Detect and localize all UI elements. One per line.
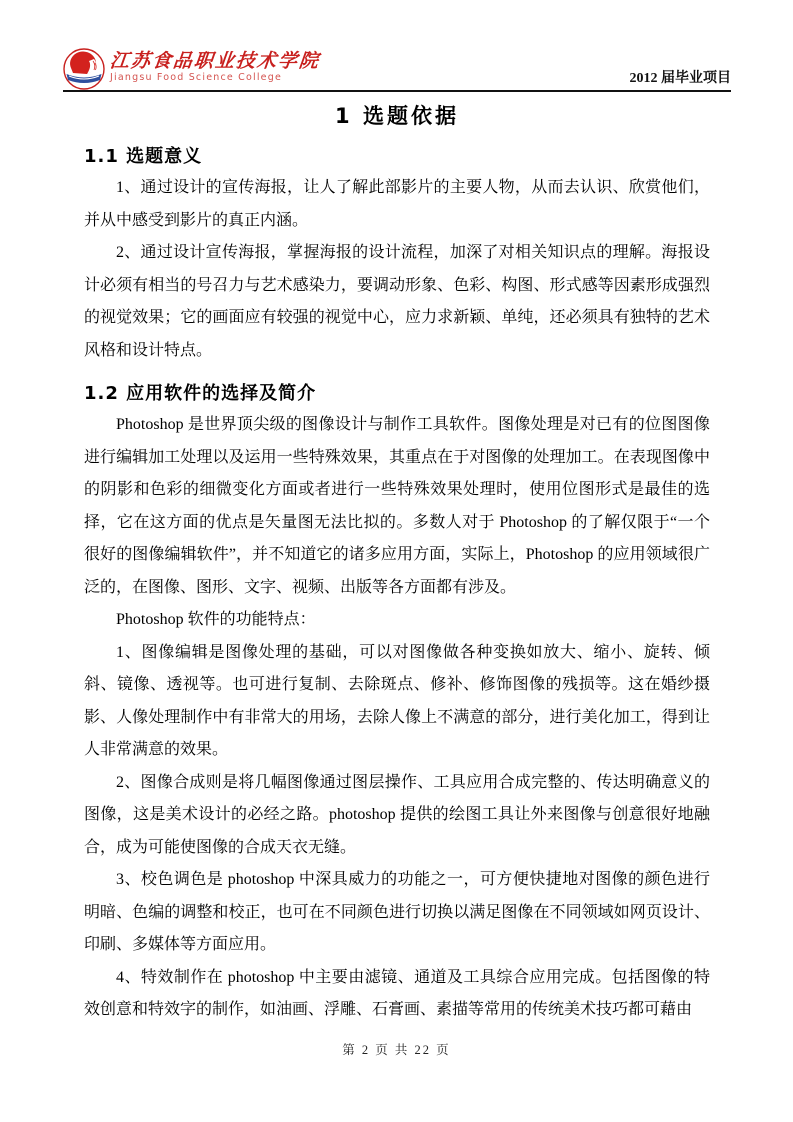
college-logo-text: 江苏食品职业技术学院 Jiangsu Food Science College [110,48,320,84]
paragraph: 2、图像合成则是将几幅图像通过图层操作、工具应用合成完整的、传达明确意义的图像，… [84,767,710,865]
page-number: 第 2 页 共 22 页 [342,1043,450,1057]
section-heading-1-1: 1.1 选题意义 [84,142,710,168]
college-name-calligraphy: 江苏食品职业技术学院 [109,51,321,72]
document-content: 1 选题依据 1.1 选题意义 1、通过设计的宣传海报，让人了解此部影片的主要人… [84,94,710,1027]
header-divider [63,90,731,92]
paragraph: Photoshop 是世界顶尖级的图像设计与制作工具软件。图像处理是对已有的位图… [84,409,710,604]
document-page: 江苏食品职业技术学院 Jiangsu Food Science College … [0,0,793,1122]
paragraph: 4、特效制作在 photoshop 中主要由滤镜、通道及工具综合应用完成。包括图… [84,962,710,1027]
paragraph: Photoshop 软件的功能特点： [84,604,710,637]
section-heading-1-2: 1.2 应用软件的选择及简介 [84,379,710,405]
paragraph: 2、通过设计宣传海报，掌握海报的设计流程，加深了对相关知识点的理解。海报设计必须… [84,237,710,367]
college-name-english: Jiangsu Food Science College [110,72,320,84]
paragraph: 1、图像编辑是图像处理的基础，可以对图像做各种变换如放大、缩小、旋转、倾斜、镜像… [84,637,710,767]
paragraph: 1、通过设计的宣传海报，让人了解此部影片的主要人物，从而去认识、欣赏他们，并从中… [84,172,710,237]
page-header: 江苏食品职业技术学院 Jiangsu Food Science College … [63,44,731,90]
college-logo: 江苏食品职业技术学院 Jiangsu Food Science College [63,48,320,90]
page-footer: 第 2 页 共 22 页 [0,1040,793,1058]
project-label: 2012 届毕业项目 [630,67,732,90]
paragraph: 3、校色调色是 photoshop 中深具威力的功能之一，可方便快捷地对图像的颜… [84,864,710,962]
college-emblem-icon [63,48,105,90]
page-title: 1 选题依据 [84,100,710,130]
